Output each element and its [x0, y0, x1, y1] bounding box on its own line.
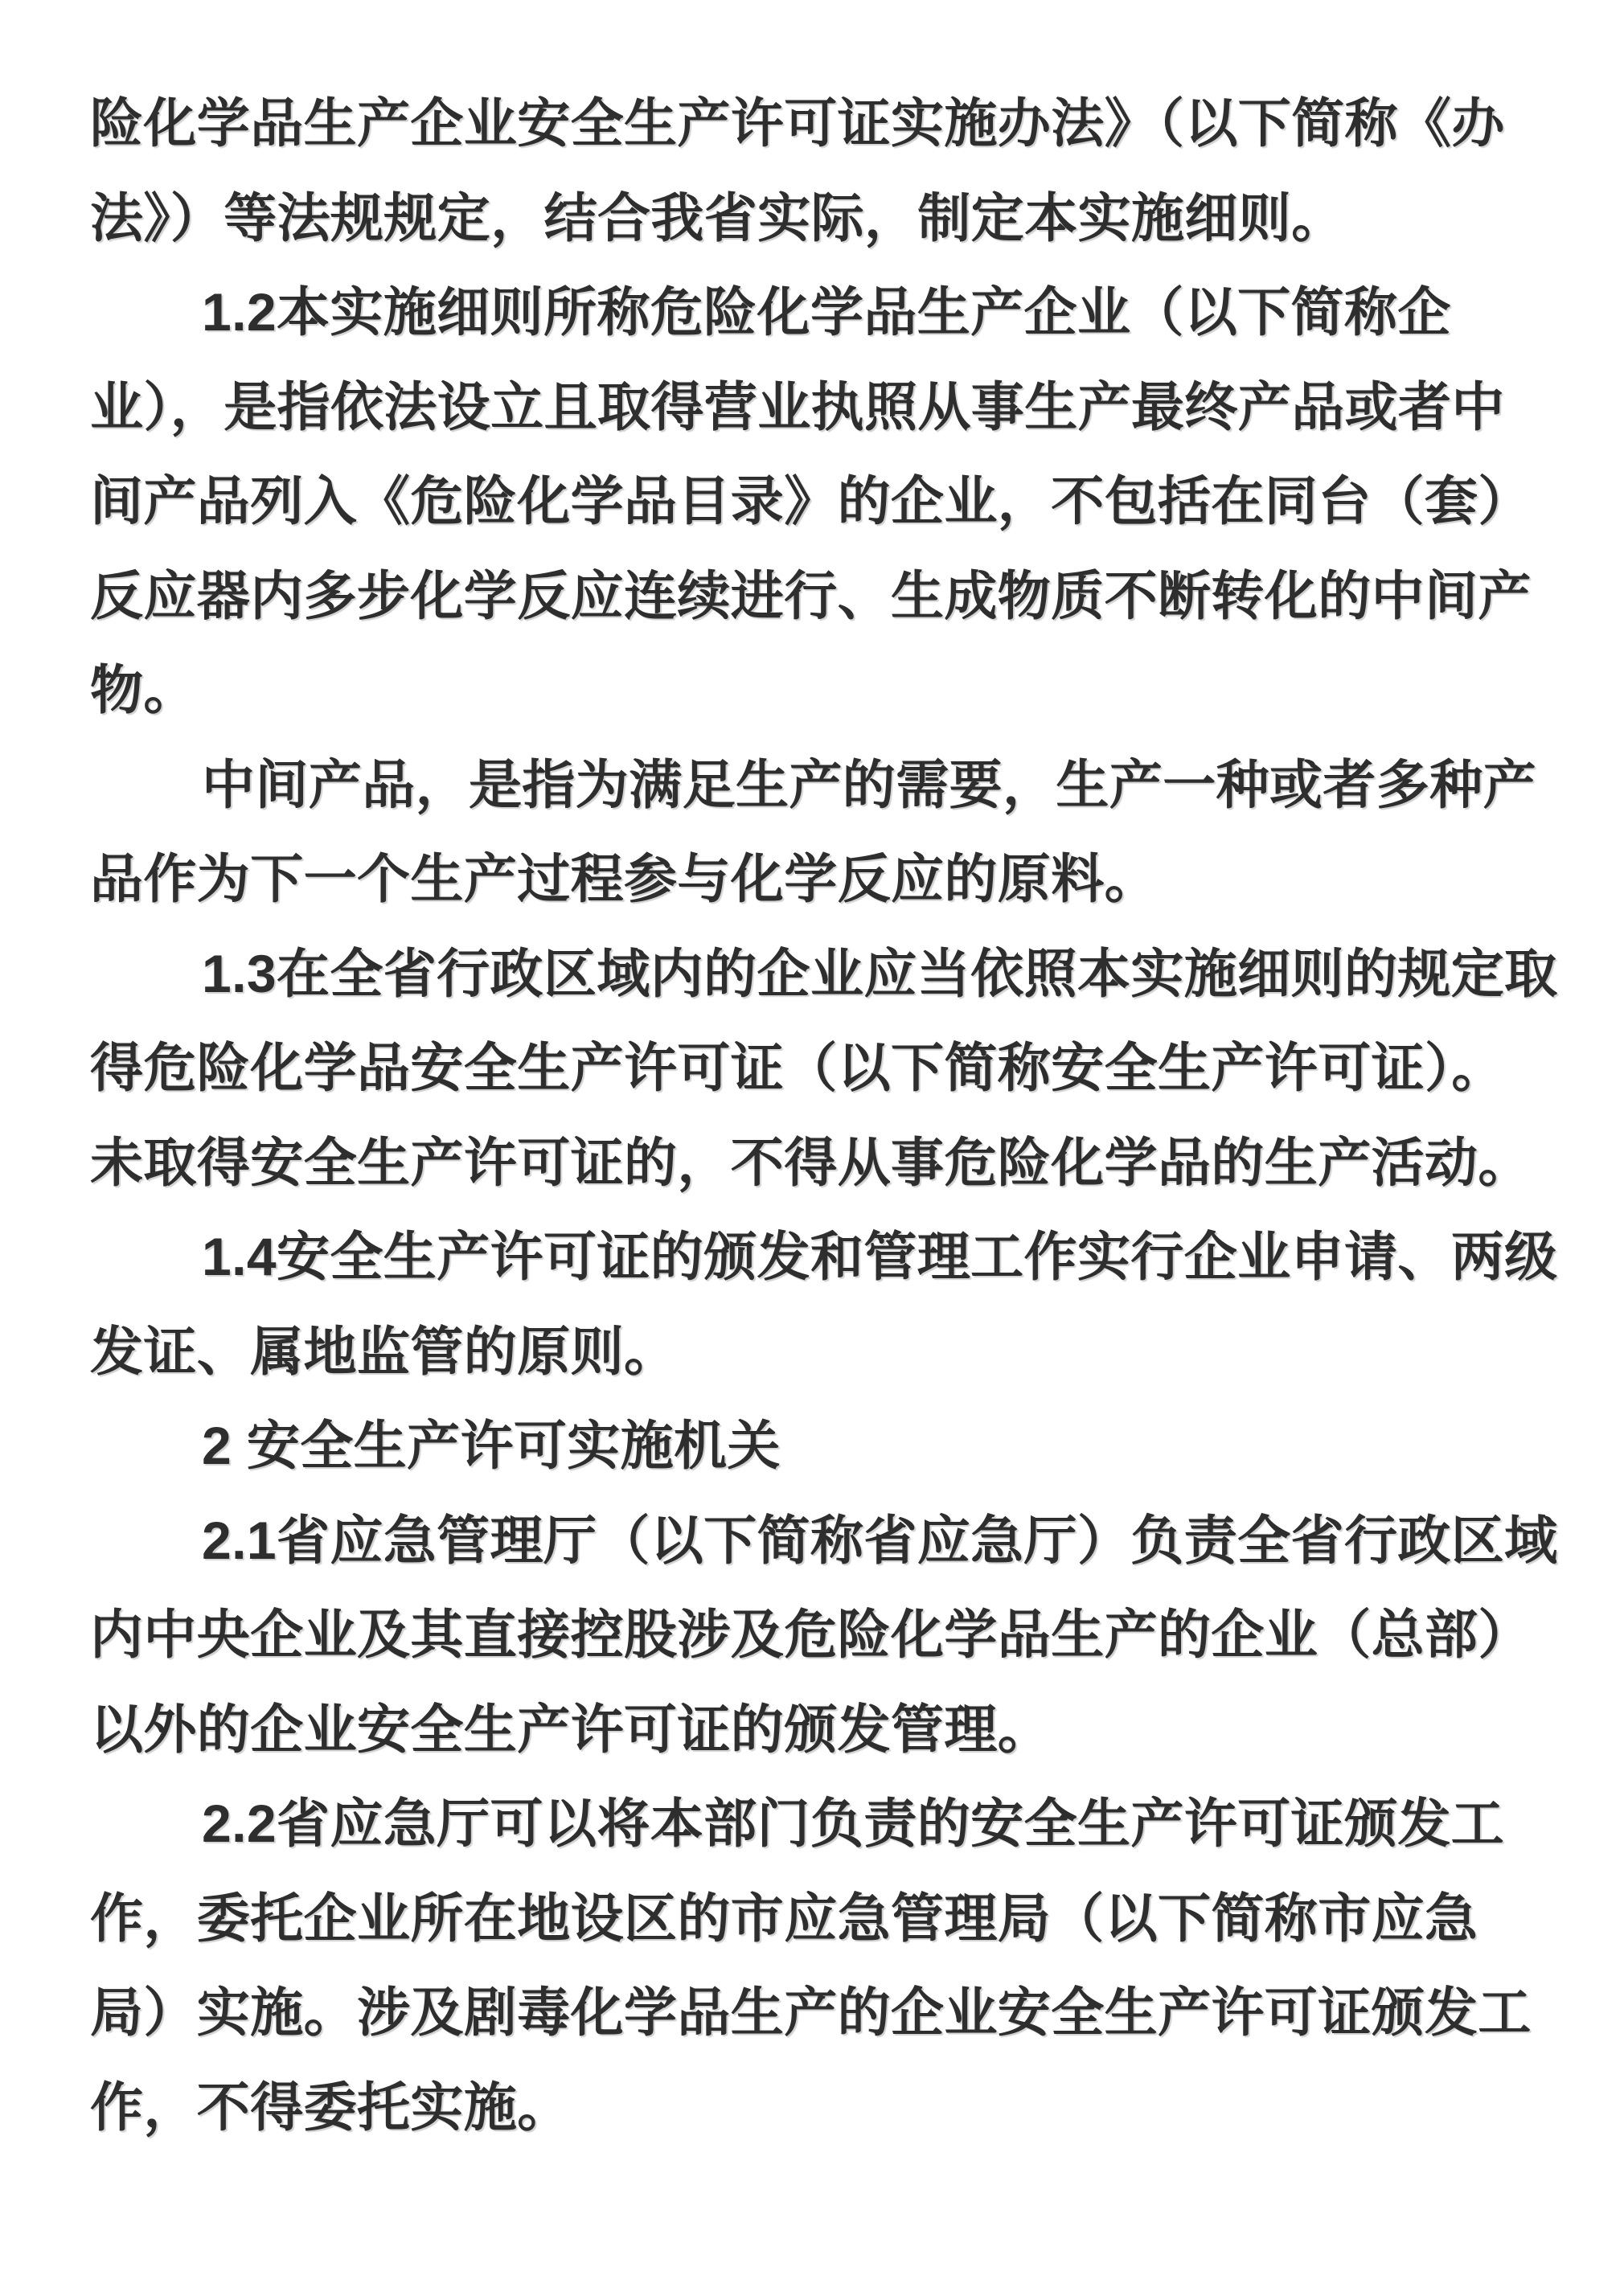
text-line: 作，不得委托实施。: [90, 2060, 1566, 2155]
text-line: 险化学品生产企业安全生产许可证实施办法》（以下简称《办: [90, 76, 1566, 171]
paragraph: 险化学品生产企业安全生产许可证实施办法》（以下简称《办法》）等法规规定，结合我省…: [90, 76, 1566, 265]
document-text: 险化学品生产企业安全生产许可证实施办法》（以下简称《办法》）等法规规定，结合我省…: [90, 76, 1566, 2155]
paragraph: 1.3在全省行政区域内的企业应当依照本实施细则的规定取得危险化学品安全生产许可证…: [90, 927, 1566, 1211]
text-line: 物。: [90, 643, 1566, 738]
text-line: 1.3在全省行政区域内的企业应当依照本实施细则的规定取: [90, 927, 1566, 1022]
paragraph: 中间产品，是指为满足生产的需要，生产一种或者多种产品作为下一个生产过程参与化学反…: [90, 738, 1566, 927]
text-line: 1.2本实施细则所称危险化学品生产企业（以下简称企: [90, 265, 1566, 360]
text-line: 间产品列入《危险化学品目录》的企业，不包括在同台（套）: [90, 454, 1566, 549]
text-line: 2.2省应急厅可以将本部门负责的安全生产许可证颁发工: [90, 1777, 1566, 1872]
text-line: 法》）等法规规定，结合我省实际，制定本实施细则。: [90, 171, 1566, 266]
paragraph: 2.2省应急厅可以将本部门负责的安全生产许可证颁发工作，委托企业所在地设区的市应…: [90, 1777, 1566, 2155]
document-page: 险化学品生产企业安全生产许可证实施办法》（以下简称《办法》）等法规规定，结合我省…: [0, 0, 1624, 2296]
text-line: 1.4安全生产许可证的颁发和管理工作实行企业申请、两级: [90, 1210, 1566, 1305]
text-line: 发证、属地监管的原则。: [90, 1305, 1566, 1400]
paragraph: 1.2本实施细则所称危险化学品生产企业（以下简称企业），是指依法设立且取得营业执…: [90, 265, 1566, 738]
paragraph: 2.1省应急管理厅（以下简称省应急厅）负责全省行政区域内中央企业及其直接控股涉及…: [90, 1494, 1566, 1777]
text-line: 品作为下一个生产过程参与化学反应的原料。: [90, 832, 1566, 927]
text-line: 作，委托企业所在地设区的市应急管理局（以下简称市应急: [90, 1872, 1566, 1966]
text-line: 业），是指依法设立且取得营业执照从事生产最终产品或者中: [90, 360, 1566, 455]
text-line: 未取得安全生产许可证的，不得从事危险化学品的生产活动。: [90, 1116, 1566, 1211]
paragraph: 1.4安全生产许可证的颁发和管理工作实行企业申请、两级发证、属地监管的原则。: [90, 1210, 1566, 1399]
text-line: 反应器内多步化学反应连续进行、生成物质不断转化的中间产: [90, 549, 1566, 644]
text-line: 中间产品，是指为满足生产的需要，生产一种或者多种产: [90, 738, 1566, 833]
text-line: 内中央企业及其直接控股涉及危险化学品生产的企业（总部）: [90, 1588, 1566, 1683]
section-heading-line: 2 安全生产许可实施机关: [90, 1399, 1566, 1494]
text-line: 局）实施。涉及剧毒化学品生产的企业安全生产许可证颁发工: [90, 1966, 1566, 2060]
text-line: 2.1省应急管理厅（以下简称省应急厅）负责全省行政区域: [90, 1494, 1566, 1589]
text-line: 以外的企业安全生产许可证的颁发管理。: [90, 1683, 1566, 1777]
section-heading: 2 安全生产许可实施机关: [90, 1399, 1566, 1494]
text-line: 得危险化学品安全生产许可证（以下简称安全生产许可证）。: [90, 1021, 1566, 1116]
